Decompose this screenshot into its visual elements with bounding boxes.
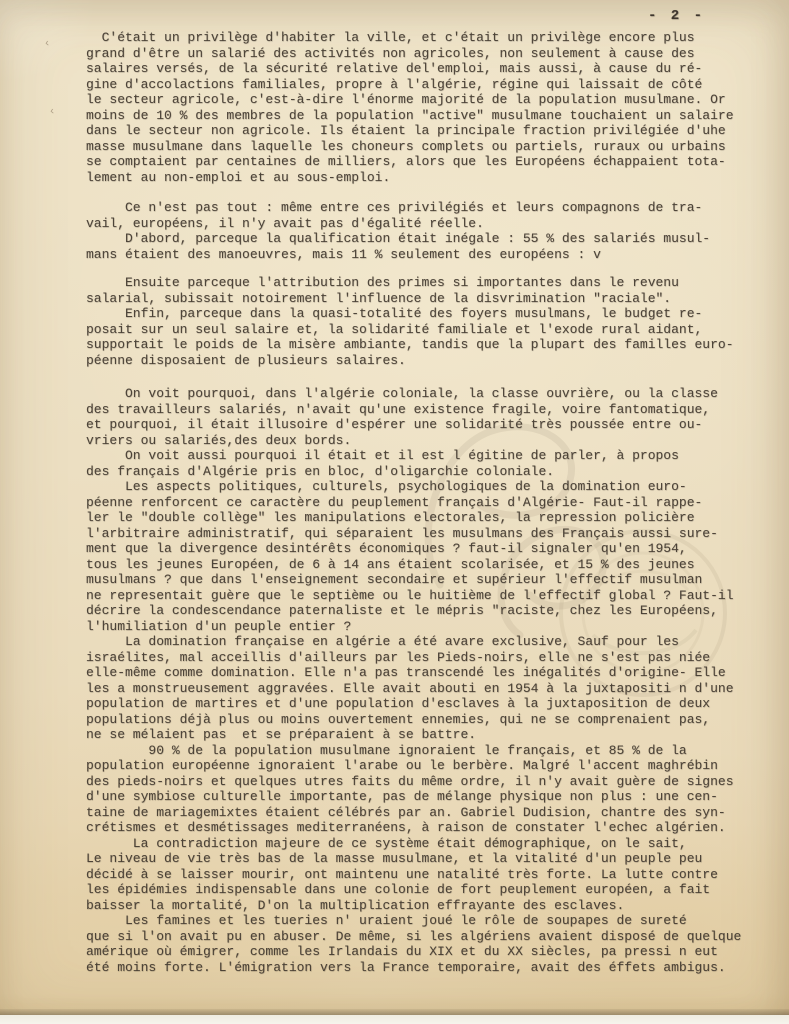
document-body: C'était un privilège d'habiter la ville,… xyxy=(86,30,776,975)
paragraph-privileges-urbains: C'était un privilège d'habiter la ville,… xyxy=(86,30,776,185)
paragraph-primes-salaires: Ensuite parceque l'attribution des prime… xyxy=(86,275,776,368)
scanner-background-strip xyxy=(0,1015,789,1024)
pencil-margin-mark: ‹ xyxy=(43,38,51,51)
paragraph-domination-coloniale: On voit pourquoi, dans l'algérie colonia… xyxy=(86,386,776,975)
scanned-typewritten-page: - 2 - ‹ ‹ C'était un privilège d'habiter… xyxy=(0,0,789,1024)
page-number: - 2 - xyxy=(648,8,705,24)
pencil-margin-mark: ‹ xyxy=(48,106,56,119)
paragraph-inegalite-reelle: Ce n'est pas tout : même entre ces privi… xyxy=(86,200,776,262)
